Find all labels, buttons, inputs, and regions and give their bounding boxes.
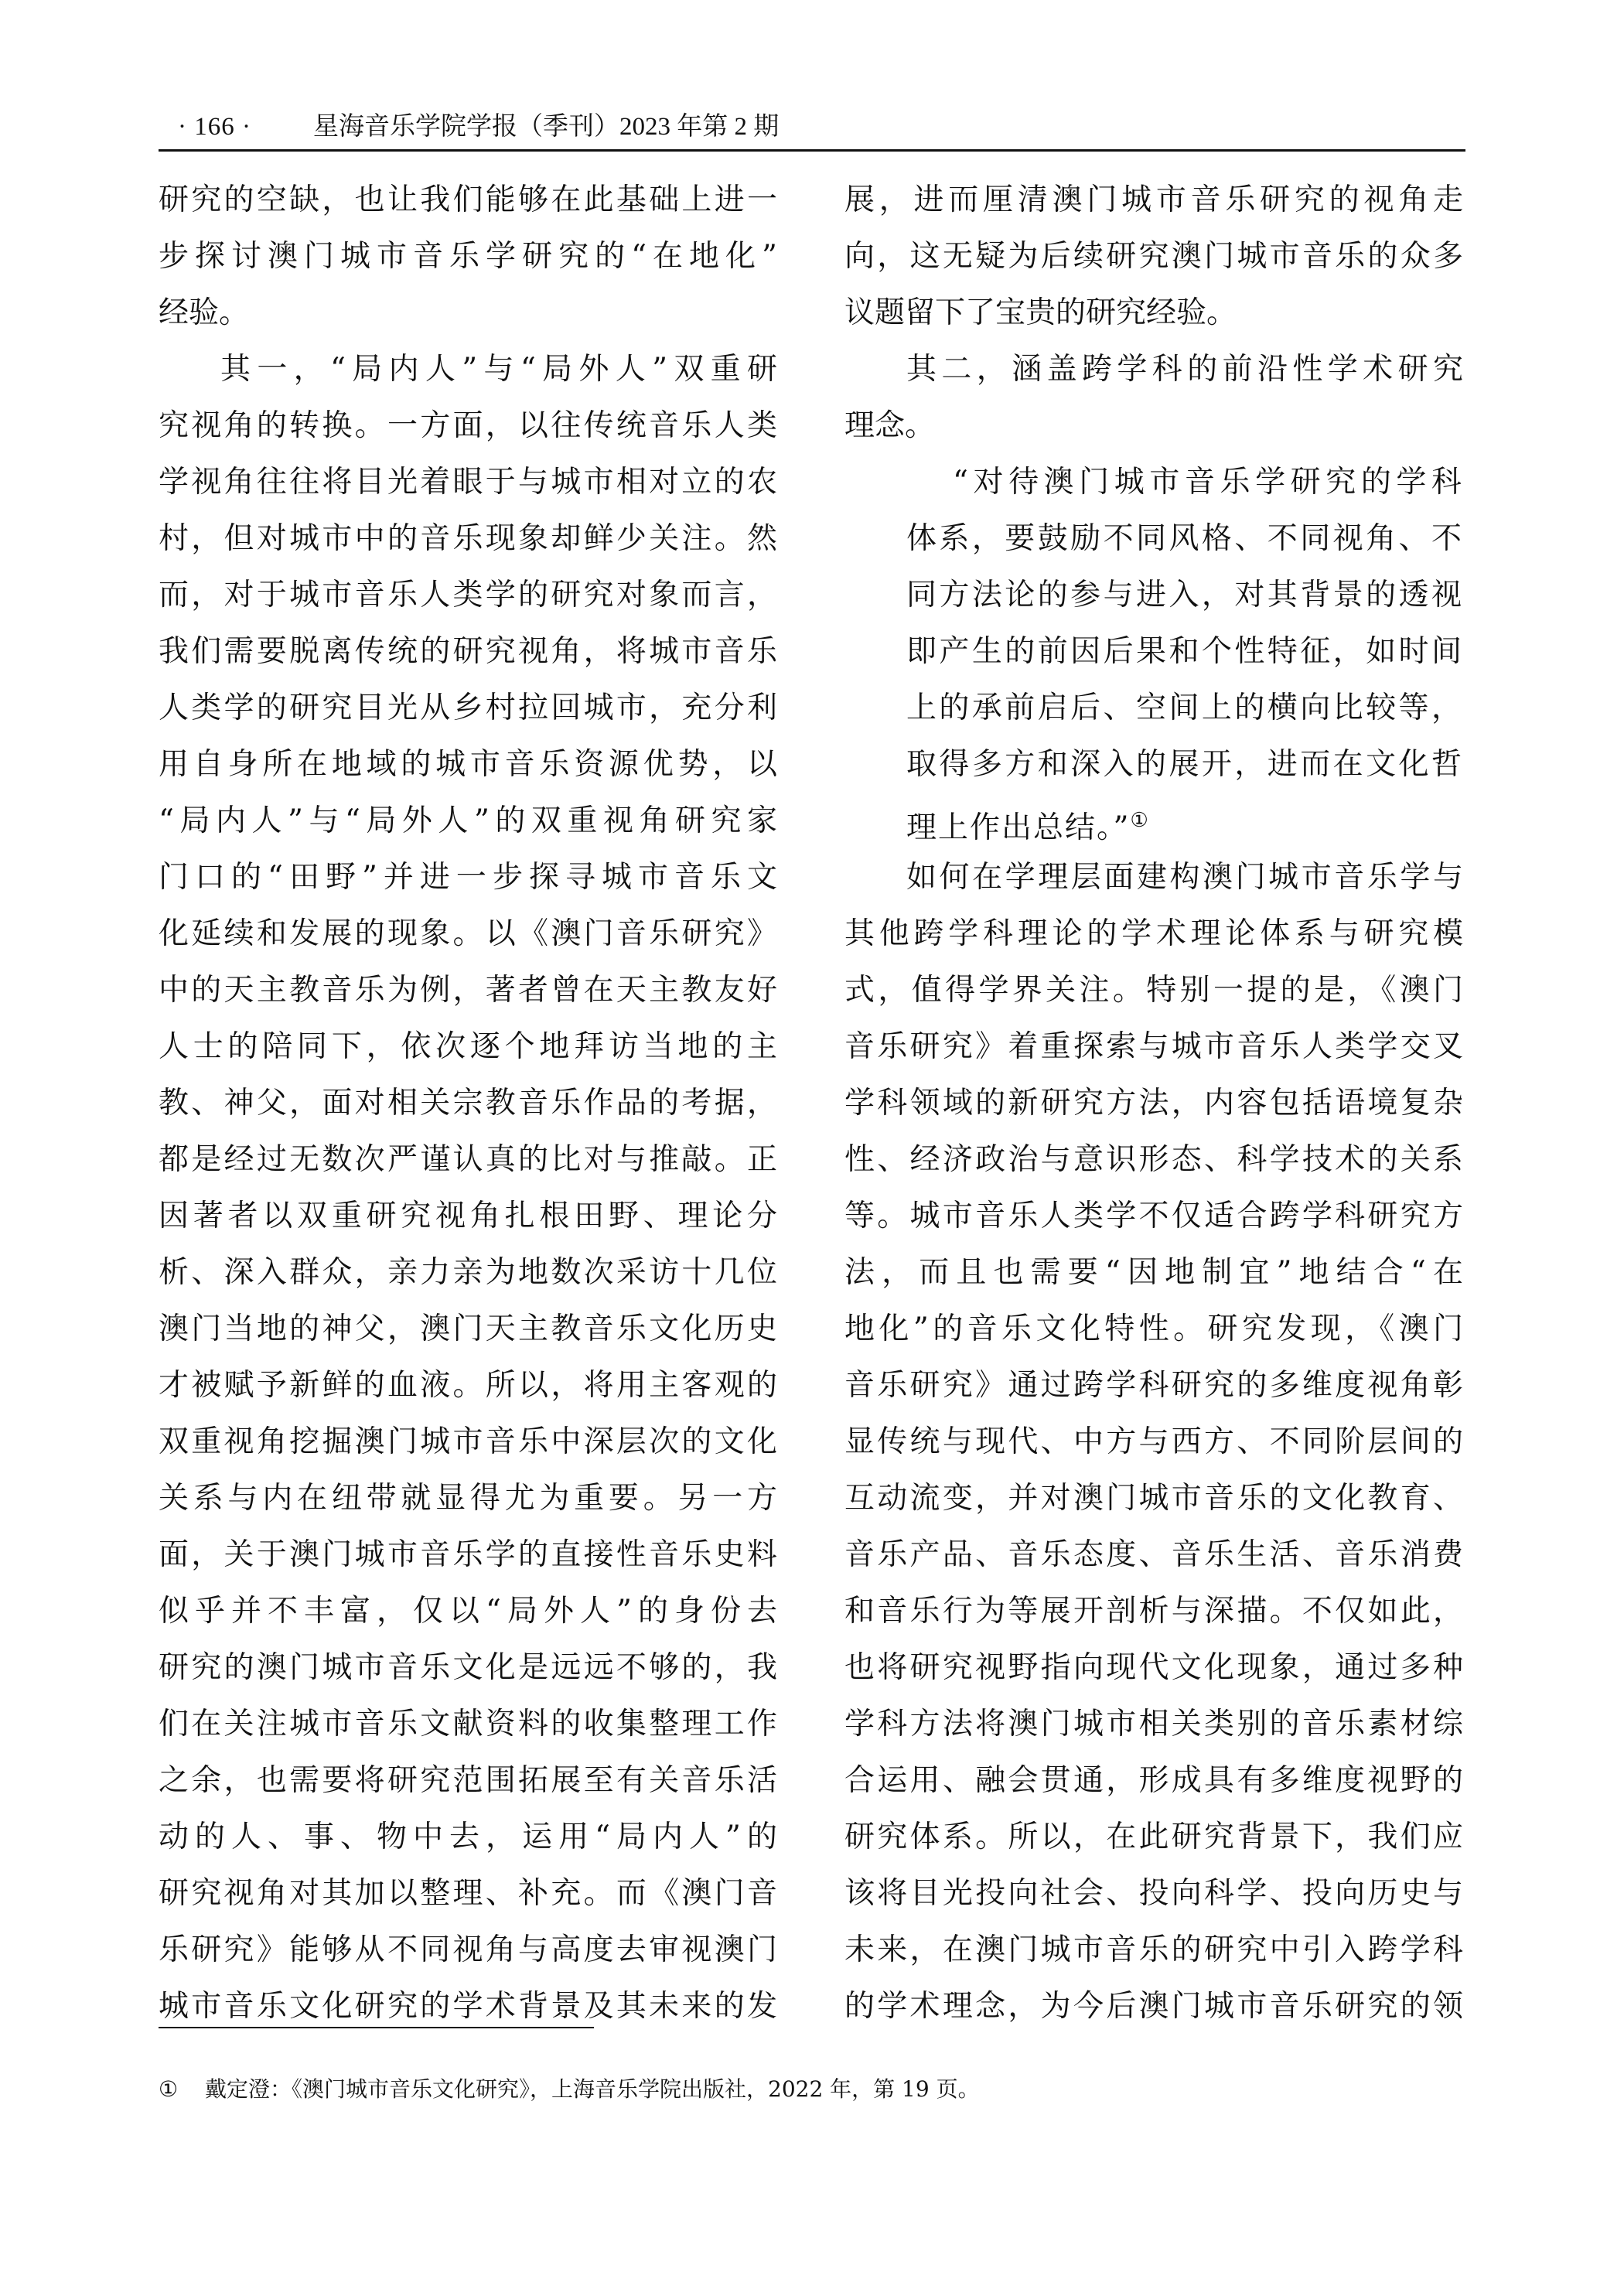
text-line: 音乐产品、音乐态度、音乐生活、音乐消费 (844, 1526, 1463, 1583)
text-line: 取得多方和深入的展开，进而在文化哲 (844, 736, 1463, 793)
text-line-content: 似乎并不丰富，仅以“局外人”的身份去 (159, 1594, 777, 1629)
text-line-content: 展，进而厘清澳门城市音乐研究的视角走 (844, 182, 1463, 217)
text-line: 步探讨澳门城市音乐学研究的“在地化” (159, 228, 777, 285)
footnote-text: 戴定澄：《澳门城市音乐文化研究》，上海音乐学院出版社，2022 年，第 19 页… (205, 2076, 980, 2102)
text-line: 即产生的前因后果和个性特征，如时间 (844, 623, 1463, 680)
text-line-content: 关系与内在纽带就显得尤为重要。另一方 (159, 1481, 777, 1516)
text-line: 如何在学理层面建构澳门城市音乐学与 (844, 849, 1463, 906)
text-line: 村，但对城市中的音乐现象却鲜少关注。然 (159, 510, 777, 567)
text-line-content: 学视角往往将目光着眼于与城市相对立的农 (159, 465, 777, 500)
footnote: ①戴定澄：《澳门城市音乐文化研究》，上海音乐学院出版社，2022 年，第 19 … (159, 2072, 980, 2106)
footnote-mark: ① (159, 2072, 205, 2106)
text-line: 地化”的音乐文化特性。研究发现，《澳门 (844, 1301, 1463, 1357)
text-line: 互动流变，并对澳门城市音乐的文化教育、 (844, 1470, 1463, 1526)
text-line: 理念。 (844, 397, 1463, 454)
text-line: 向，这无疑为后续研究澳门城市音乐的众多 (844, 228, 1463, 285)
text-line-content: 步探讨澳门城市音乐学研究的“在地化” (159, 239, 777, 274)
text-line: “对待澳门城市音乐学研究的学科 (844, 454, 1463, 510)
text-line: 学视角往往将目光着眼于与城市相对立的农 (159, 454, 777, 510)
text-line-content: 理上作出总结。” (906, 810, 1130, 845)
text-line: 研究的澳门城市音乐文化是远远不够的，我 (159, 1639, 777, 1696)
text-line: 我们需要脱离传统的研究视角，将城市音乐 (159, 623, 777, 680)
text-line-content: 因著者以双重研究视角扎根田野、理论分 (159, 1199, 777, 1233)
text-line-content: 如何在学理层面建构澳门城市音乐学与 (906, 860, 1463, 895)
text-line: 人士的陪同下，依次逐个地拜访当地的主 (159, 1018, 777, 1075)
text-line-content: “局内人”与“局外人”的双重视角研究家 (159, 803, 777, 838)
text-line-content: 音乐研究》着重探索与城市音乐人类学交叉 (844, 1029, 1463, 1064)
text-line: 显传统与现代、中方与西方、不同阶层间的 (844, 1414, 1463, 1470)
text-line-content: “对待澳门城市音乐学研究的学科 (953, 465, 1463, 500)
text-line-content: 式，值得学界关注。特别一提的是，《澳门 (844, 973, 1463, 1008)
text-line: 都是经过无数次严谨认真的比对与推敲。正 (159, 1131, 777, 1188)
text-line-content: 经验。 (159, 295, 249, 330)
text-line-content: 性、经济政治与意识形态、科学技术的关系 (844, 1142, 1463, 1177)
text-line-content: 音乐研究》通过跨学科研究的多维度视角彰 (844, 1368, 1463, 1403)
text-line-content: 其二，涵盖跨学科的前沿性学术研究 (906, 352, 1463, 387)
text-line: 其二，涵盖跨学科的前沿性学术研究 (844, 341, 1463, 397)
text-line: 同方法论的参与进入，对其背景的透视 (844, 567, 1463, 623)
text-line-content: 城市音乐文化研究的学术背景及其未来的发 (159, 1989, 777, 2024)
text-line-content: 用自身所在地域的城市音乐资源优势，以 (159, 747, 777, 782)
text-line: 研究视角对其加以整理、补充。而《澳门音 (159, 1865, 777, 1922)
text-line-content: 研究的澳门城市音乐文化是远远不够的，我 (159, 1650, 777, 1685)
text-line: 展，进而厘清澳门城市音乐研究的视角走 (844, 172, 1463, 228)
text-line-content: 和音乐行为等展开剖析与深描。不仅如此， (844, 1594, 1463, 1629)
text-line: 面，关于澳门城市音乐学的直接性音乐史料 (159, 1526, 777, 1583)
text-line-content: 乐研究》能够从不同视角与高度去审视澳门 (159, 1932, 777, 1967)
text-line-content: 人类学的研究目光从乡村拉回城市，充分利 (159, 691, 777, 725)
text-line-content: 上的承前启后、空间上的横向比较等， (906, 691, 1463, 725)
text-line: 学科方法将澳门城市相关类别的音乐素材综 (844, 1696, 1463, 1752)
text-line: 式，值得学界关注。特别一提的是，《澳门 (844, 962, 1463, 1018)
text-line-content: 们在关注城市音乐文献资料的收集整理工作 (159, 1707, 777, 1741)
text-line-content: 未来，在澳门城市音乐的研究中引入跨学科 (844, 1932, 1463, 1967)
text-line: 教、神父，面对相关宗教音乐作品的考据， (159, 1075, 777, 1131)
text-line: 们在关注城市音乐文献资料的收集整理工作 (159, 1696, 777, 1752)
text-line: 议题留下了宝贵的研究经验。 (844, 285, 1463, 341)
text-line: 上的承前启后、空间上的横向比较等， (844, 680, 1463, 736)
left-column: 研究的空缺，也让我们能够在此基础上进一步探讨澳门城市音乐学研究的“在地化”经验。… (159, 172, 777, 2035)
text-line-content: 等。城市音乐人类学不仅适合跨学科研究方 (844, 1199, 1463, 1233)
text-line: 双重视角挖掘澳门城市音乐中深层次的文化 (159, 1414, 777, 1470)
text-line-content: 研究的空缺，也让我们能够在此基础上进一 (159, 182, 777, 217)
text-line: 中的天主教音乐为例，著者曾在天主教友好 (159, 962, 777, 1018)
text-line: 该将目光投向社会、投向科学、投向历史与 (844, 1865, 1463, 1922)
text-line: 体系，要鼓励不同风格、不同视角、不 (844, 510, 1463, 567)
text-line: 性、经济政治与意识形态、科学技术的关系 (844, 1131, 1463, 1188)
text-line-content: 体系，要鼓励不同风格、不同视角、不 (906, 521, 1463, 556)
text-line-content: 显传统与现代、中方与西方、不同阶层间的 (844, 1424, 1463, 1459)
text-line-content: 中的天主教音乐为例，著者曾在天主教友好 (159, 973, 777, 1008)
text-line: 研究的空缺，也让我们能够在此基础上进一 (159, 172, 777, 228)
right-column: 展，进而厘清澳门城市音乐研究的视角走向，这无疑为后续研究澳门城市音乐的众多议题留… (844, 172, 1463, 2035)
journal-title: 星海音乐学院学报（季刊）2023 年第 2 期 (313, 104, 779, 149)
text-line-content: 之余，也需要将研究范围拓展至有关音乐活 (159, 1763, 777, 1798)
text-line: 究视角的转换。一方面，以往传统音乐人类 (159, 397, 777, 454)
text-line: 而，对于城市音乐人类学的研究对象而言， (159, 567, 777, 623)
text-line-content: 同方法论的参与进入，对其背景的透视 (906, 578, 1463, 612)
text-line-content: 学科领域的新研究方法，内容包括语境复杂 (844, 1086, 1463, 1121)
text-line: 用自身所在地域的城市音乐资源优势，以 (159, 736, 777, 793)
text-line: 学科领域的新研究方法，内容包括语境复杂 (844, 1075, 1463, 1131)
text-line: 似乎并不丰富，仅以“局外人”的身份去 (159, 1583, 777, 1639)
footnote-rule (159, 2027, 594, 2028)
text-line: 析、深入群众，亲力亲为地数次采访十几位 (159, 1244, 777, 1301)
text-line: 才被赋予新鲜的血液。所以，将用主客观的 (159, 1357, 777, 1414)
text-line: 关系与内在纽带就显得尤为重要。另一方 (159, 1470, 777, 1526)
text-line-content: 析、深入群众，亲力亲为地数次采访十几位 (159, 1255, 777, 1290)
text-line-content: 理念。 (844, 408, 935, 443)
text-line-content: 该将目光投向社会、投向科学、投向历史与 (844, 1876, 1463, 1911)
text-line: 也将研究视野指向现代文化现象，通过多种 (844, 1639, 1463, 1696)
text-line: 的学术理念，为今后澳门城市音乐研究的领 (844, 1978, 1463, 2035)
text-line-content: 互动流变，并对澳门城市音乐的文化教育、 (844, 1481, 1463, 1516)
text-line-content: 研究视角对其加以整理、补充。而《澳门音 (159, 1876, 777, 1911)
text-line-content: 才被赋予新鲜的血液。所以，将用主客观的 (159, 1368, 777, 1403)
text-line: 未来，在澳门城市音乐的研究中引入跨学科 (844, 1922, 1463, 1978)
text-line-content: 音乐产品、音乐态度、音乐生活、音乐消费 (844, 1537, 1463, 1572)
text-line-content: 的学术理念，为今后澳门城市音乐研究的领 (844, 1989, 1463, 2024)
text-line-content: 向，这无疑为后续研究澳门城市音乐的众多 (844, 239, 1463, 274)
text-line: 和音乐行为等展开剖析与深描。不仅如此， (844, 1583, 1463, 1639)
text-line: 动的人、事、物中去，运用“局内人”的 (159, 1809, 777, 1865)
text-line: 研究体系。所以，在此研究背景下，我们应 (844, 1809, 1463, 1865)
text-line-content: 都是经过无数次严谨认真的比对与推敲。正 (159, 1142, 777, 1177)
text-line-content: 议题留下了宝贵的研究经验。 (844, 295, 1237, 330)
text-line-content: 研究体系。所以，在此研究背景下，我们应 (844, 1820, 1463, 1854)
text-line: 乐研究》能够从不同视角与高度去审视澳门 (159, 1922, 777, 1978)
text-line-content: 究视角的转换。一方面，以往传统音乐人类 (159, 408, 777, 443)
text-line-content: 地化”的音乐文化特性。研究发现，《澳门 (844, 1312, 1463, 1346)
text-line: 澳门当地的神父，澳门天主教音乐文化历史 (159, 1301, 777, 1357)
text-line-content: 学科方法将澳门城市相关类别的音乐素材综 (844, 1707, 1463, 1741)
text-line: 其他跨学科理论的学术理论体系与研究模 (844, 906, 1463, 962)
text-line: “局内人”与“局外人”的双重视角研究家 (159, 793, 777, 849)
text-line: 法，而且也需要“因地制宜”地结合“在 (844, 1244, 1463, 1301)
text-line-content: 其他跨学科理论的学术理论体系与研究模 (844, 916, 1463, 951)
text-line-content: 面，关于澳门城市音乐学的直接性音乐史料 (159, 1537, 777, 1572)
text-line: 等。城市音乐人类学不仅适合跨学科研究方 (844, 1188, 1463, 1244)
text-line: 音乐研究》通过跨学科研究的多维度视角彰 (844, 1357, 1463, 1414)
text-line-content: 澳门当地的神父，澳门天主教音乐文化历史 (159, 1312, 777, 1346)
text-line-content: 法，而且也需要“因地制宜”地结合“在 (844, 1255, 1463, 1290)
text-line: 化延续和发展的现象。以《澳门音乐研究》 (159, 906, 777, 962)
footnote-reference[interactable]: ① (1130, 809, 1149, 832)
text-line-content: 其一，“局内人”与“局外人”双重研 (220, 352, 777, 387)
text-line-content: 我们需要脱离传统的研究视角，将城市音乐 (159, 634, 777, 669)
running-header: · 166 · 星海音乐学院学报（季刊）2023 年第 2 期 (159, 104, 1465, 149)
text-line-content: 也将研究视野指向现代文化现象，通过多种 (844, 1650, 1463, 1685)
text-line-content: 双重视角挖掘澳门城市音乐中深层次的文化 (159, 1424, 777, 1459)
text-line: 因著者以双重研究视角扎根田野、理论分 (159, 1188, 777, 1244)
text-line: 门口的“田野”并进一步探寻城市音乐文 (159, 849, 777, 906)
text-line-content: 村，但对城市中的音乐现象却鲜少关注。然 (159, 521, 777, 556)
text-line-content: 化延续和发展的现象。以《澳门音乐研究》 (159, 916, 777, 951)
text-line-content: 人士的陪同下，依次逐个地拜访当地的主 (159, 1029, 777, 1064)
text-line-content: 而，对于城市音乐人类学的研究对象而言， (159, 578, 777, 612)
text-line-content: 即产生的前因后果和个性特征，如时间 (906, 634, 1463, 669)
text-line-content: 教、神父，面对相关宗教音乐作品的考据， (159, 1086, 777, 1121)
text-line-content: 取得多方和深入的展开，进而在文化哲 (906, 747, 1463, 782)
text-line: 合运用、融会贯通，形成具有多维度视野的 (844, 1752, 1463, 1809)
text-line: 人类学的研究目光从乡村拉回城市，充分利 (159, 680, 777, 736)
text-line-content: 门口的“田野”并进一步探寻城市音乐文 (159, 860, 777, 895)
text-line-content: 动的人、事、物中去，运用“局内人”的 (159, 1820, 777, 1854)
page-number: · 166 · (178, 104, 251, 149)
text-line: 经验。 (159, 285, 777, 341)
text-line-content: 合运用、融会贯通，形成具有多维度视野的 (844, 1763, 1463, 1798)
text-line: 理上作出总结。”① (844, 793, 1463, 849)
text-line: 音乐研究》着重探索与城市音乐人类学交叉 (844, 1018, 1463, 1075)
text-line: 其一，“局内人”与“局外人”双重研 (159, 341, 777, 397)
header-rule (159, 149, 1465, 152)
text-line: 之余，也需要将研究范围拓展至有关音乐活 (159, 1752, 777, 1809)
